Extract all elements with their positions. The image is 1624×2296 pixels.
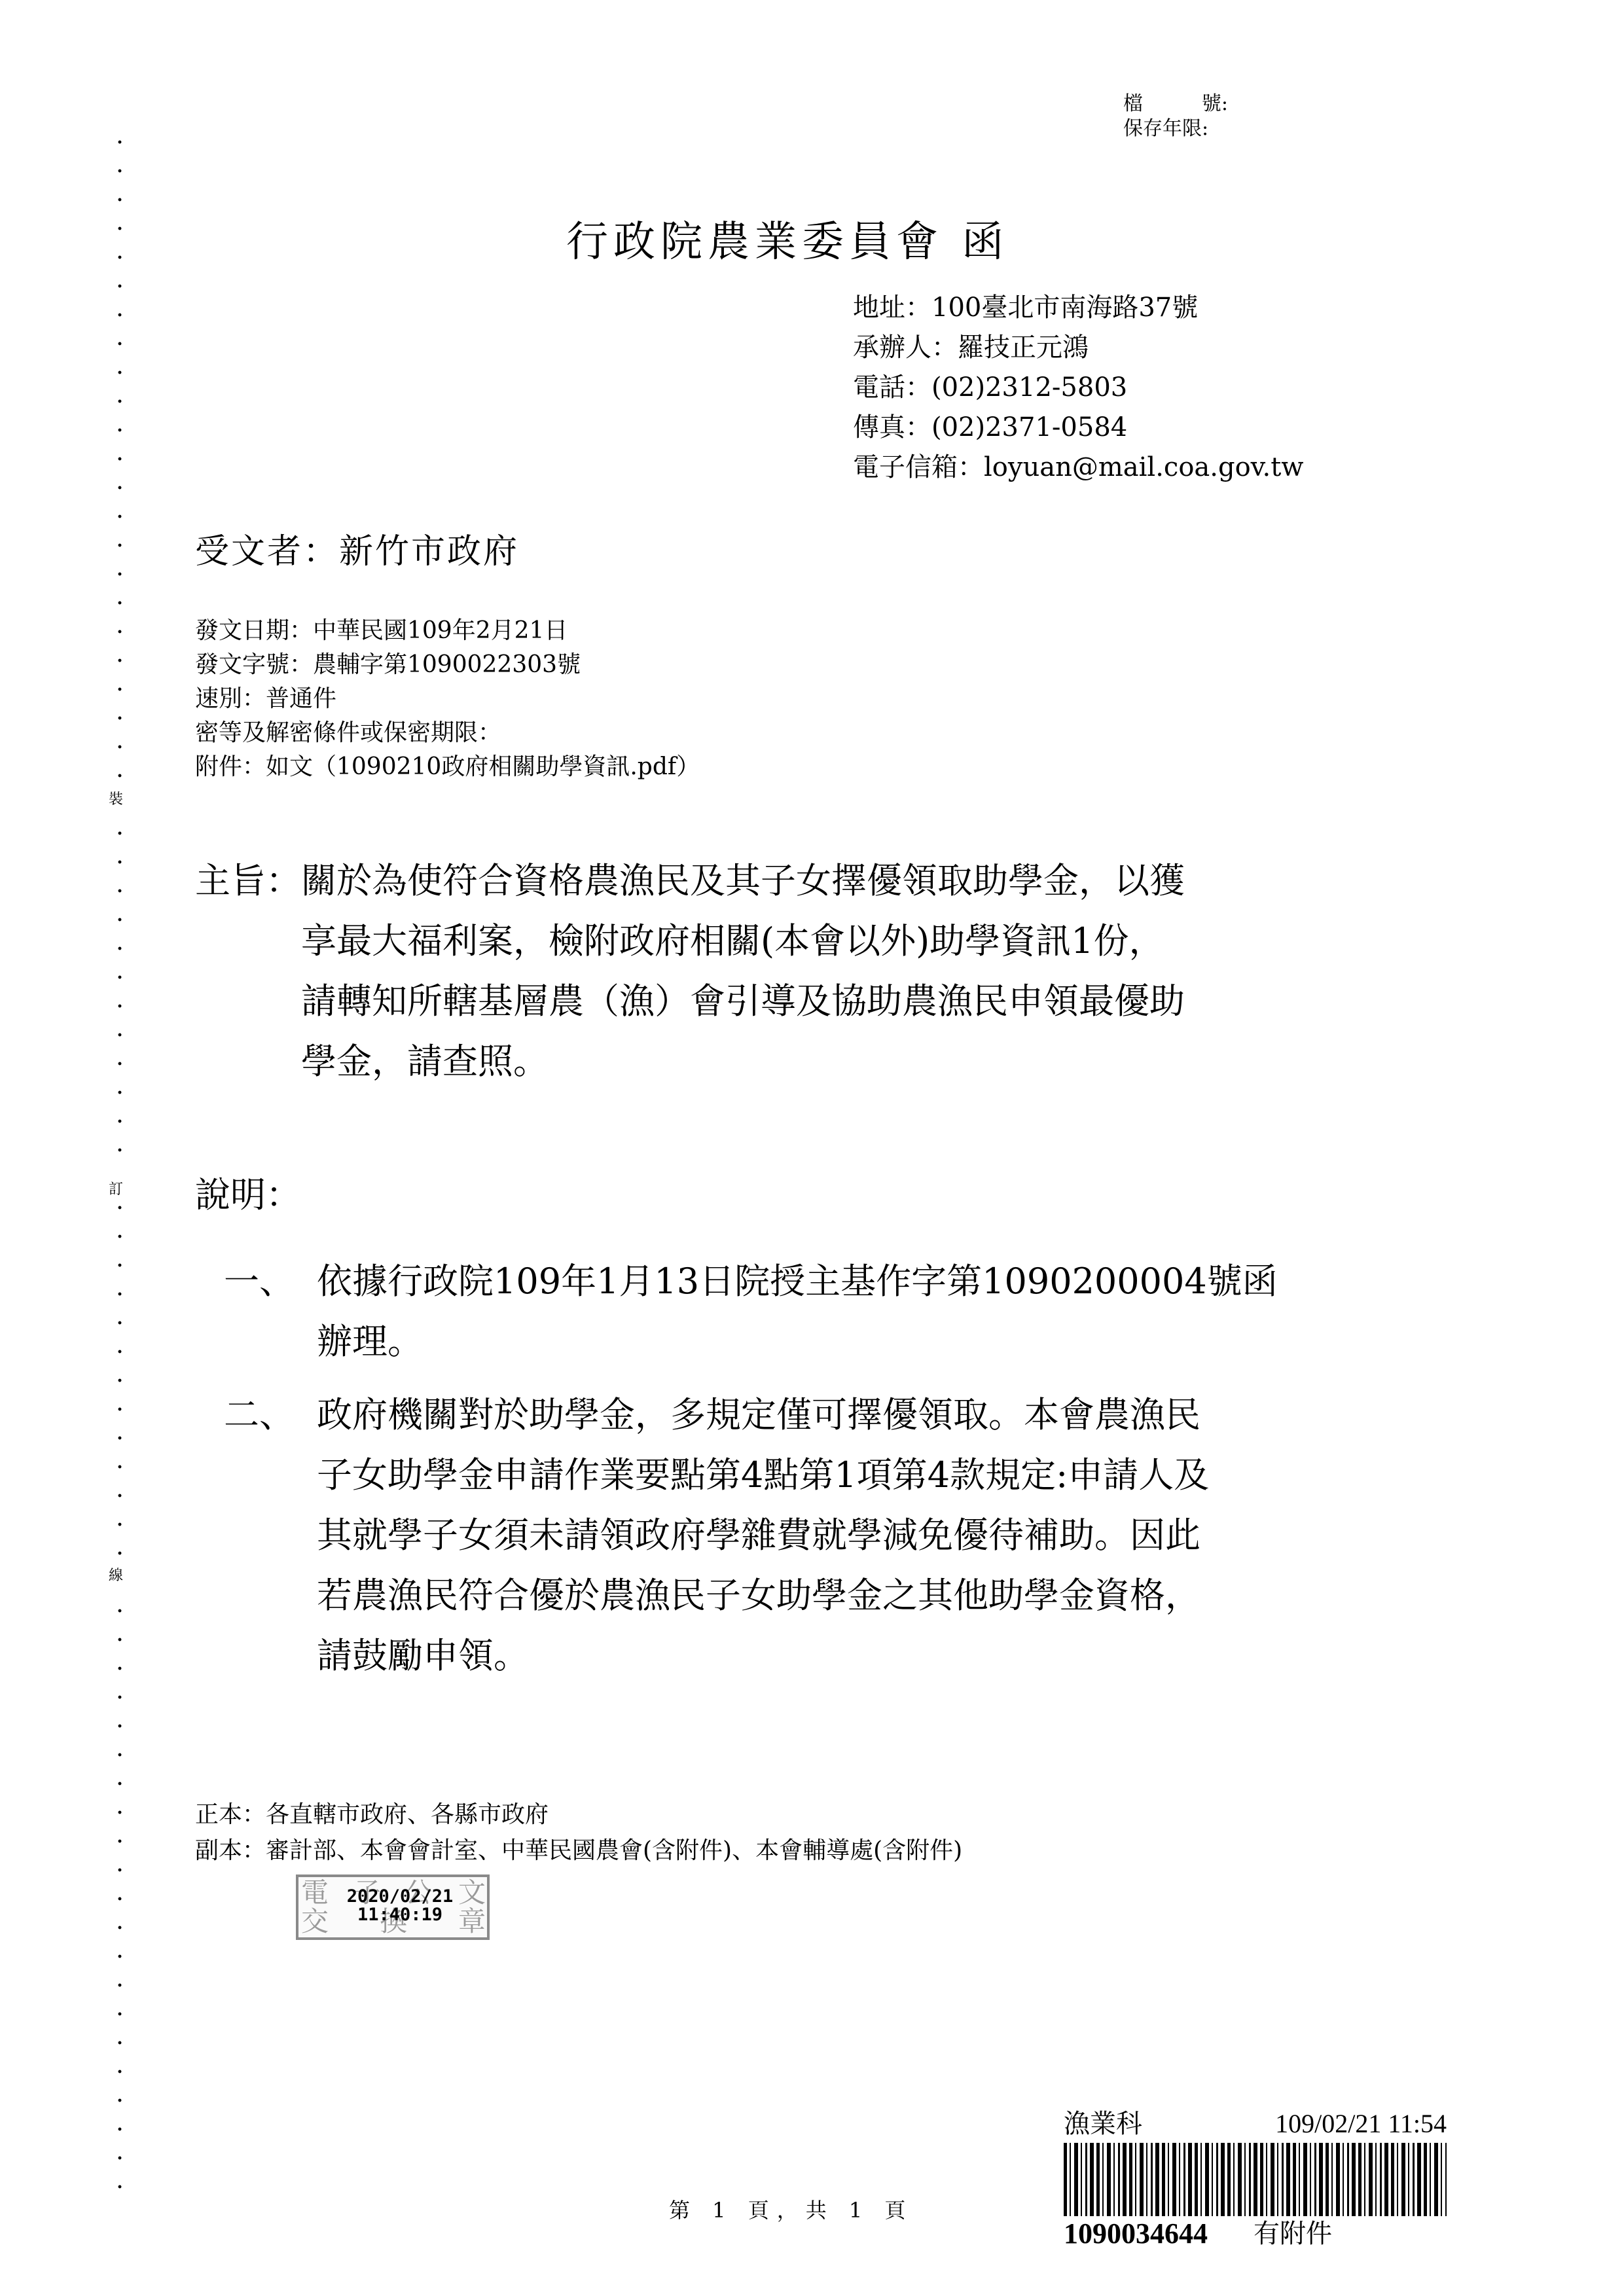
- description-item-1: 一、 依據行政院109年1月13日院授主基作字第1090200004號函 辦理。: [195, 1251, 1278, 1372]
- binding-margin-dots: [118, 128, 122, 2202]
- item-line: 依據行政院109年1月13日院授主基作字第1090200004號函: [195, 1251, 1278, 1312]
- file-meta: 檔號: 保存年限:: [1123, 92, 1228, 141]
- sender-address: 地址：100臺北市南海路37號: [853, 288, 1304, 328]
- item-line: 其就學子女須未請領政府學雜費就學減免優待補助。因此: [195, 1505, 1278, 1566]
- stamp-char: 文: [458, 1878, 486, 1907]
- stamp-char: 交: [301, 1907, 329, 1936]
- subject-line: 享最大福利案，檢附政府相關(本會以外)助學資訊1份，: [301, 911, 1185, 971]
- e-exchange-stamp: 電 子 公 文 交 換 章 2020/02/21 11:40:19: [296, 1874, 490, 1940]
- page-number: 第 1 頁，共 1 頁: [669, 2194, 913, 2224]
- barcode-icon: [1064, 2143, 1447, 2216]
- description-heading: 說明：: [195, 1165, 1278, 1225]
- stamp-date: 2020/02/21: [338, 1888, 462, 1906]
- stamp-char: 章: [458, 1907, 486, 1936]
- item-number: 一、: [224, 1251, 295, 1312]
- item-line: 若農漁民符合優於農漁民子女助學金之其他助學金資格，: [195, 1566, 1278, 1626]
- sender-contact: 承辦人：羅技正元鴻: [853, 328, 1304, 368]
- item-line: 政府機關對於助學金，多規定僅可擇優領取。本會農漁民: [195, 1385, 1278, 1445]
- barcode-number: 1090034644: [1064, 2219, 1254, 2249]
- copy-recipients: 副本：審計部、本會會計室、中華民國農會(含附件)、本會輔導處(含附件): [195, 1833, 962, 1869]
- barcode-attachment-note: 有附件: [1254, 2219, 1332, 2249]
- subject-label: 主旨：: [195, 851, 301, 911]
- stamp-time: 11:40:19: [338, 1906, 462, 1924]
- document-meta: 發文日期：中華民國109年2月21日 發文字號：農輔字第1090022303號 …: [195, 614, 700, 784]
- sender-email: 電子信箱：loyuan@mail.coa.gov.tw: [853, 448, 1304, 488]
- binding-label-xian: 線: [109, 1562, 123, 1587]
- sender-fax: 傳真：(02)2371-0584: [853, 408, 1304, 448]
- subject-line: 學金，請查照。: [301, 1031, 1185, 1092]
- description-item-2: 二、 政府機關對於助學金，多規定僅可擇優領取。本會農漁民 子女助學金申請作業要點…: [195, 1385, 1278, 1686]
- binding-label-ding: 訂: [109, 1175, 123, 1201]
- speed: 速別：普通件: [195, 682, 700, 716]
- issue-date: 發文日期：中華民國109年2月21日: [195, 614, 700, 648]
- item-line: 辦理。: [195, 1312, 1278, 1372]
- subject-body: 關於為使符合資格農漁民及其子女擇優領取助學金，以獲 享最大福利案，檢附政府相關(…: [301, 851, 1185, 1092]
- binding-label-zhuang: 裝: [109, 785, 123, 811]
- item-line: 請鼓勵申領。: [195, 1626, 1278, 1686]
- barcode-label: 漁業科 109/02/21 11:54 1090034644 有附件: [1064, 2109, 1447, 2249]
- retention-label: 保存年限:: [1123, 117, 1208, 141]
- file-number-label-suffix: 號:: [1202, 92, 1228, 117]
- distribution: 正本：各直轄市政府、各縣市政府 副本：審計部、本會會計室、中華民國農會(含附件)…: [195, 1797, 962, 1869]
- barcode-department: 漁業科: [1064, 2109, 1142, 2139]
- attachment: 附件：如文（1090210政府相關助學資訊.pdf）: [195, 750, 700, 784]
- file-number-label: 檔: [1123, 92, 1143, 117]
- description-section: 說明： 一、 依據行政院109年1月13日院授主基作字第1090200004號函…: [195, 1165, 1278, 1686]
- sender-phone: 電話：(02)2312-5803: [853, 368, 1304, 408]
- item-line: 子女助學金申請作業要點第4點第1項第4款規定:申請人及: [195, 1445, 1278, 1505]
- classification: 密等及解密條件或保密期限：: [195, 716, 700, 750]
- subject-line: 請轉知所轄基層農（漁）會引導及協助農漁民申領最優助: [301, 971, 1185, 1031]
- barcode-received-time: 109/02/21 11:54: [1275, 2109, 1447, 2139]
- recipient: 受文者：新竹市政府: [195, 524, 519, 573]
- document-title: 行政院農業委員會 函: [566, 208, 1009, 268]
- stamp-datetime: 2020/02/21 11:40:19: [338, 1888, 462, 1924]
- item-number: 二、: [224, 1385, 295, 1445]
- stamp-char: 電: [301, 1878, 329, 1907]
- original-recipients: 正本：各直轄市政府、各縣市政府: [195, 1797, 962, 1833]
- subject-line: 關於為使符合資格農漁民及其子女擇優領取助學金，以獲: [301, 851, 1185, 911]
- doc-number: 發文字號：農輔字第1090022303號: [195, 648, 700, 682]
- sender-info: 地址：100臺北市南海路37號 承辦人：羅技正元鴻 電話：(02)2312-58…: [853, 288, 1304, 488]
